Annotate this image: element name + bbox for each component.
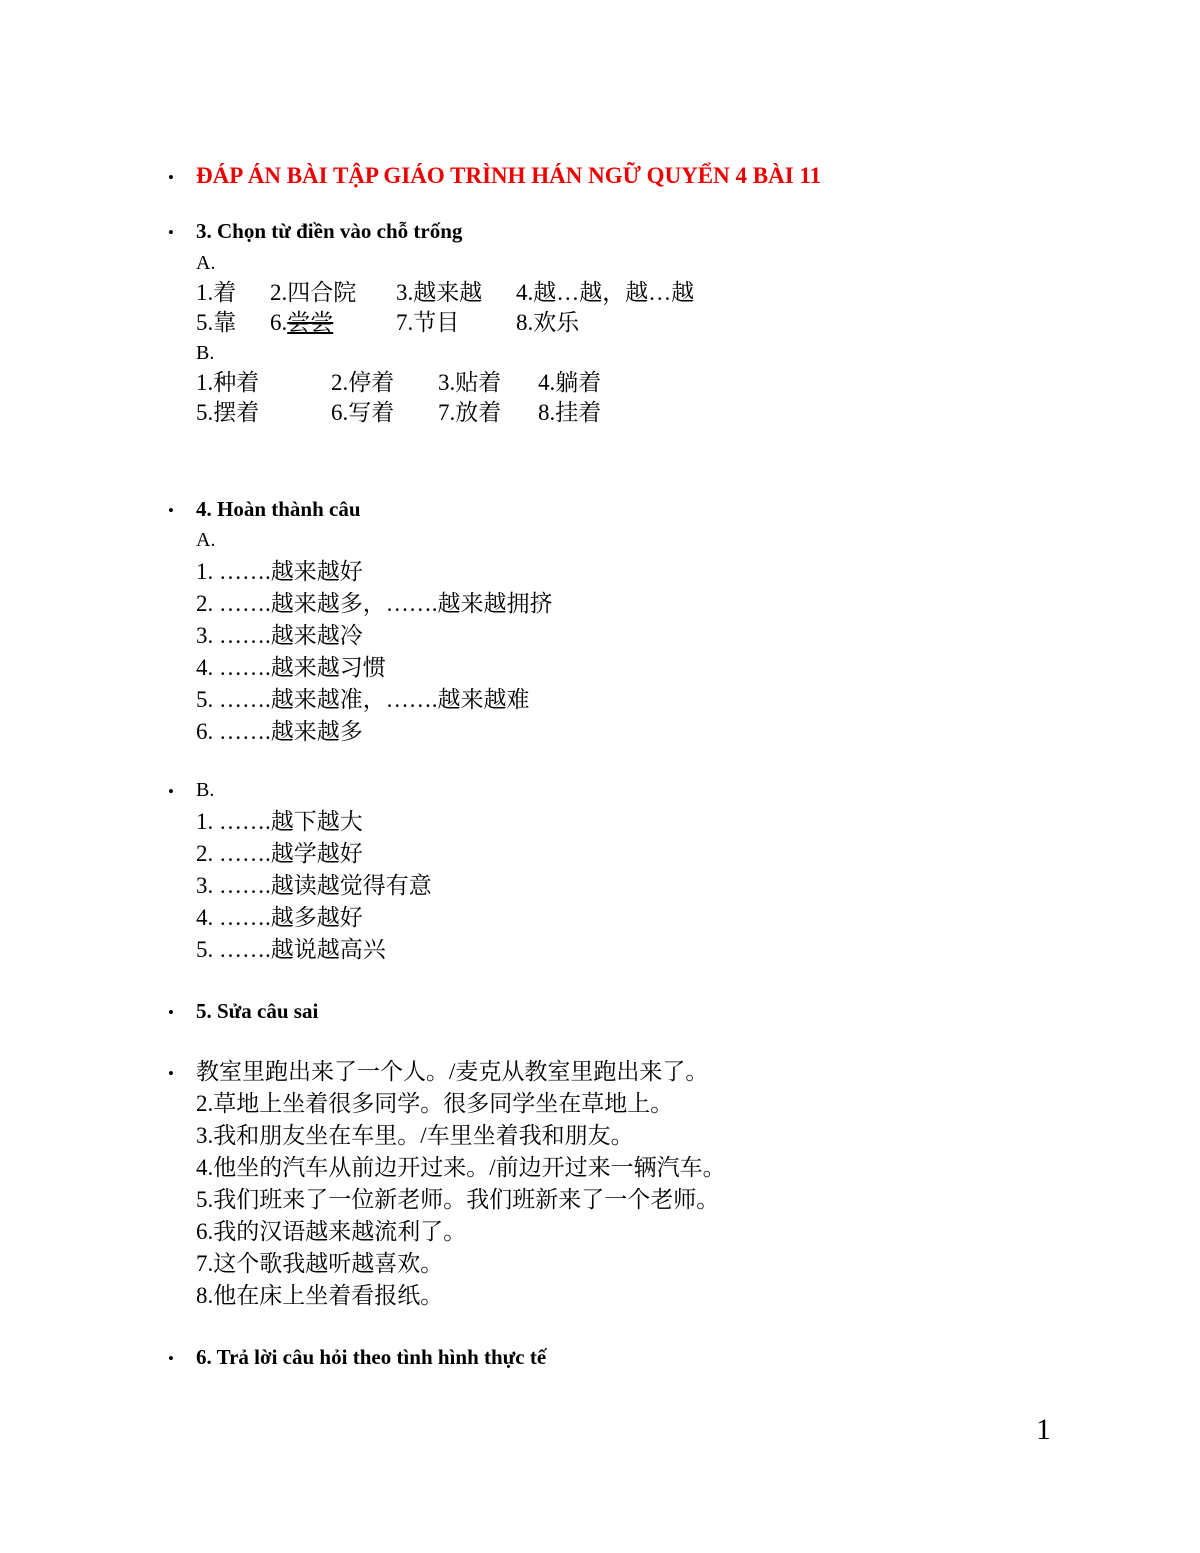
answer-line: 6. …….越来越多 bbox=[196, 716, 1016, 748]
page-number: 1 bbox=[1036, 1410, 1051, 1450]
answer-cell: 7.节目 bbox=[396, 308, 516, 338]
title-block: • ĐÁP ÁN BÀI TẬP GIÁO TRÌNH HÁN NGỮ QUYỂ… bbox=[196, 162, 1016, 190]
answer-cell: 1.种着 bbox=[196, 368, 331, 398]
answer-cell: 3.越来越 bbox=[396, 278, 516, 308]
ex3-label-a: A. bbox=[196, 248, 1016, 278]
answer-line: 1. …….越来越好 bbox=[196, 556, 1016, 588]
answer-cell: 5.摆着 bbox=[196, 398, 331, 428]
exercise5-body: • 教室里跑出来了一个人。/麦克从教室里跑出来了。 2.草地上坐着很多同学。很多… bbox=[196, 1056, 1016, 1312]
exercise3-heading-block: • 3. Chọn từ điền vào chỗ trống bbox=[196, 218, 1016, 244]
answer-line: 2.草地上坐着很多同学。很多同学坐在草地上。 bbox=[196, 1088, 1016, 1120]
ex4-label-b: B. bbox=[196, 774, 1016, 806]
exercise3-body: A. 1.着 2.四合院 3.越来越 4.越…越，越…越 5.靠 6.尝尝 7.… bbox=[196, 248, 1016, 428]
ex3-row-a2: 5.靠 6.尝尝 7.节目 8.欢乐 bbox=[196, 308, 1016, 338]
answer-line: 2. …….越来越多，…….越来越拥挤 bbox=[196, 588, 1016, 620]
document-title: ĐÁP ÁN BÀI TẬP GIÁO TRÌNH HÁN NGỮ QUYỂN … bbox=[196, 162, 1016, 190]
answer-line: 4.他坐的汽车从前边开过来。/前边开过来一辆汽车。 bbox=[196, 1152, 1016, 1184]
answer-line: 2. …….越学越好 bbox=[196, 838, 1016, 870]
answer-cell: 4.躺着 bbox=[538, 368, 1016, 398]
exercise4-heading: 4. Hoàn thành câu bbox=[196, 496, 1016, 522]
exercise5-heading-block: • 5. Sửa câu sai bbox=[196, 998, 1016, 1024]
answer-cell: 8.挂着 bbox=[538, 398, 1016, 428]
answer-cell: 1.着 bbox=[196, 278, 270, 308]
ex3-label-b: B. bbox=[196, 338, 1016, 368]
answer-cell: 6.写着 bbox=[331, 398, 438, 428]
exercise4-part-b: • B. 1. …….越下越大 2. …….越学越好 3. …….越读越觉得有意… bbox=[196, 774, 1016, 966]
answer-line: 4. …….越多越好 bbox=[196, 902, 1016, 934]
bullet-icon: • bbox=[168, 1346, 174, 1372]
exercise6-heading: 6. Trả lời câu hỏi theo tình hình thực t… bbox=[196, 1344, 1016, 1370]
bullet-icon: • bbox=[168, 1058, 174, 1090]
struck-answer: 尝尝 bbox=[287, 310, 333, 335]
answer-line: 7.这个歌我越听越喜欢。 bbox=[196, 1248, 1016, 1280]
exercise6-heading-block: • 6. Trả lời câu hỏi theo tình hình thực… bbox=[196, 1344, 1016, 1370]
answer-cell: 2.停着 bbox=[331, 368, 438, 398]
answer-cell: 2.四合院 bbox=[270, 278, 396, 308]
answer-cell: 4.越…越，越…越 bbox=[516, 278, 1016, 308]
bullet-icon: • bbox=[168, 776, 174, 808]
answer-line: 5.我们班来了一位新老师。我们班新来了一个老师。 bbox=[196, 1184, 1016, 1216]
ex3-row-b1: 1.种着 2.停着 3.贴着 4.躺着 bbox=[196, 368, 1016, 398]
document-page: • ĐÁP ÁN BÀI TẬP GIÁO TRÌNH HÁN NGỮ QUYỂ… bbox=[0, 0, 1200, 1553]
answer-line: 5. …….越来越准，…….越来越难 bbox=[196, 684, 1016, 716]
answer-line: 3.我和朋友坐在车里。/车里坐着我和朋友。 bbox=[196, 1120, 1016, 1152]
answer-number: 6. bbox=[270, 310, 287, 335]
answer-line: 6.我的汉语越来越流利了。 bbox=[196, 1216, 1016, 1248]
answer-line: 4. …….越来越习惯 bbox=[196, 652, 1016, 684]
exercise4-part-a: A. 1. …….越来越好 2. …….越来越多，…….越来越拥挤 3. …….… bbox=[196, 524, 1016, 748]
answer-line: 1. …….越下越大 bbox=[196, 806, 1016, 838]
exercise3-heading: 3. Chọn từ điền vào chỗ trống bbox=[196, 218, 1016, 244]
bullet-icon: • bbox=[168, 220, 174, 246]
answer-line: 5. …….越说越高兴 bbox=[196, 934, 1016, 966]
ex3-row-b2: 5.摆着 6.写着 7.放着 8.挂着 bbox=[196, 398, 1016, 428]
answer-cell: 8.欢乐 bbox=[516, 308, 1016, 338]
bullet-icon: • bbox=[168, 164, 174, 192]
answer-cell-strikethrough: 6.尝尝 bbox=[270, 308, 396, 338]
exercise4-heading-block: • 4. Hoàn thành câu bbox=[196, 496, 1016, 522]
bullet-icon: • bbox=[168, 1000, 174, 1026]
answer-cell: 5.靠 bbox=[196, 308, 270, 338]
answer-line: 8.他在床上坐着看报纸。 bbox=[196, 1280, 1016, 1312]
ex3-row-a1: 1.着 2.四合院 3.越来越 4.越…越，越…越 bbox=[196, 278, 1016, 308]
exercise5-heading: 5. Sửa câu sai bbox=[196, 998, 1016, 1024]
answer-line: 3. …….越来越冷 bbox=[196, 620, 1016, 652]
ex4-label-a: A. bbox=[196, 524, 1016, 556]
answer-cell: 7.放着 bbox=[438, 398, 538, 428]
bullet-icon: • bbox=[168, 498, 174, 524]
answer-cell: 3.贴着 bbox=[438, 368, 538, 398]
answer-line: 3. …….越读越觉得有意 bbox=[196, 870, 1016, 902]
answer-line: 教室里跑出来了一个人。/麦克从教室里跑出来了。 bbox=[196, 1056, 1016, 1088]
